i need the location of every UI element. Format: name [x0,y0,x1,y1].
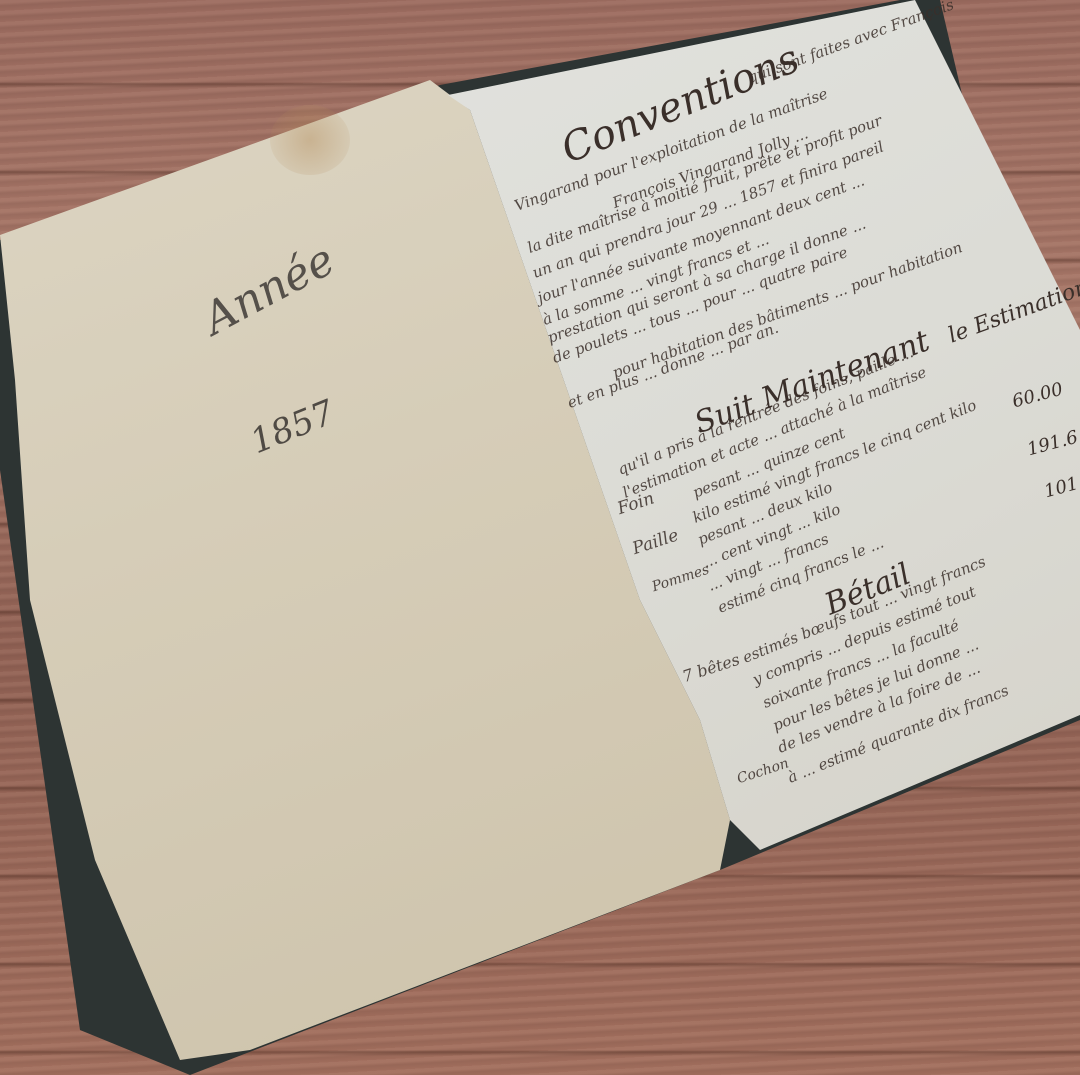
page-stain [270,105,350,175]
open-ledger: Année 1857 Conventions qui sont faites a… [0,0,1080,1075]
